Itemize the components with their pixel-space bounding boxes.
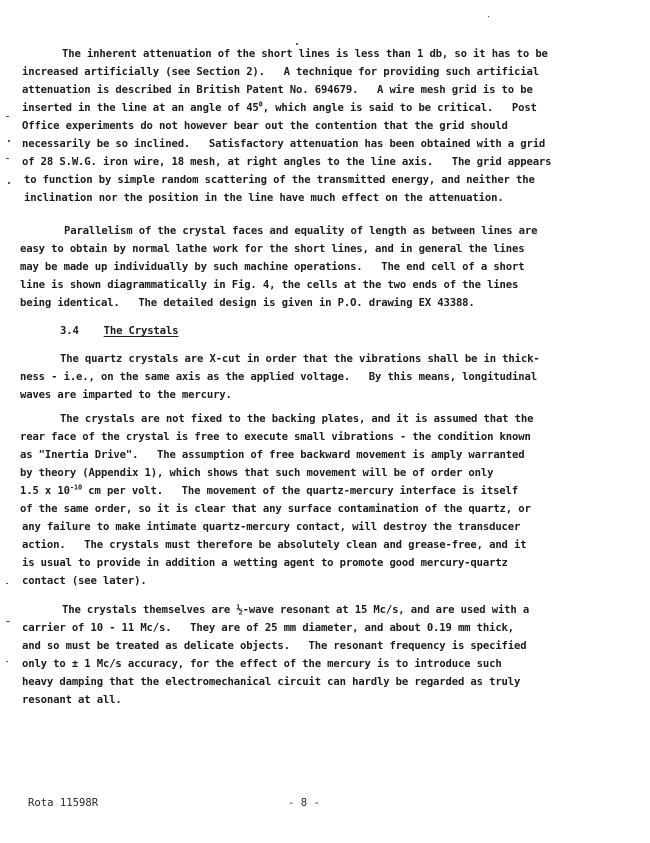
s2-line-7: any failure to make intimate quartz-merc… bbox=[22, 521, 520, 533]
s3-line-2: carrier of 10 - 11 Mc/s. They are of 25 … bbox=[22, 622, 514, 634]
p1-line-7: of 28 S.W.G. iron wire, 18 mesh, at righ… bbox=[22, 156, 551, 168]
p1-line-2: increased artificially (see Section 2). … bbox=[22, 66, 539, 78]
p2-line-4: line is shown diagrammatically in Fig. 4… bbox=[20, 279, 518, 291]
p1-line-5: Office experiments do not however bear o… bbox=[22, 120, 508, 132]
s1-line-2: ness - i.e., on the same axis as the app… bbox=[20, 371, 537, 383]
scan-speck bbox=[8, 140, 10, 142]
s2-line-9: is usual to provide in addition a wettin… bbox=[22, 557, 508, 569]
document-page: The inherent attenuation of the short li… bbox=[0, 0, 650, 843]
s2-line-5-tail: cm per volt. The movement of the quartz-… bbox=[82, 485, 518, 497]
p1-line-1: The inherent attenuation of the short li… bbox=[62, 48, 548, 60]
p1-line-6: necessarily be so inclined. Satisfactory… bbox=[22, 138, 545, 150]
s3-line-3: and so must be treated as delicate objec… bbox=[22, 640, 526, 652]
scan-speck bbox=[488, 16, 489, 17]
p2-line-1: Parallelism of the crystal faces and equ… bbox=[64, 225, 537, 237]
s2-line-1: The crystals are not fixed to the backin… bbox=[60, 413, 533, 425]
s3-line-4: only to ± 1 Mc/s accuracy, for the effec… bbox=[22, 658, 502, 670]
s2-line-4: by theory (Appendix 1), which shows that… bbox=[20, 467, 493, 479]
scan-speck bbox=[6, 583, 8, 584]
s1-line-3: waves are imparted to the mercury. bbox=[20, 389, 232, 401]
scan-speck bbox=[8, 182, 10, 184]
s3-line-6: resonant at all. bbox=[22, 694, 122, 706]
scan-speck bbox=[6, 158, 9, 159]
p1-line-4-text: inserted in the line at an angle of 45 bbox=[22, 102, 259, 114]
p1-line-8: to function by simple random scattering … bbox=[24, 174, 535, 186]
section-number: 3.4 bbox=[60, 325, 79, 337]
p1-line-4: inserted in the line at an angle of 450,… bbox=[22, 102, 537, 114]
s2-line-3: as "Inertia Drive". The assumption of fr… bbox=[20, 449, 524, 461]
s2-line-10: contact (see later). bbox=[22, 575, 147, 587]
p1-line-3: attenuation is described in British Pate… bbox=[22, 84, 533, 96]
scan-speck bbox=[6, 116, 9, 117]
scan-speck bbox=[6, 621, 10, 622]
p1-line-9: inclination nor the position in the line… bbox=[24, 192, 504, 204]
p1-line-4-tail: , which angle is said to be critical. Po… bbox=[263, 102, 537, 114]
p2-line-5: being identical. The detailed design is … bbox=[20, 297, 475, 309]
scan-speck bbox=[6, 661, 8, 662]
document-reference: Rota 11598R bbox=[28, 797, 98, 809]
p2-line-3: may be made up individually by such mach… bbox=[20, 261, 524, 273]
s2-line-5-text: 1.5 x 10 bbox=[20, 485, 70, 497]
exponent-superscript: -10 bbox=[70, 483, 82, 491]
page-number: - 8 - bbox=[288, 797, 320, 809]
s2-line-6: of the same order, so it is clear that a… bbox=[20, 503, 531, 515]
section-title: The Crystals bbox=[104, 325, 179, 337]
section-heading: 3.4 The Crystals bbox=[60, 325, 178, 337]
s2-line-8: action. The crystals must therefore be a… bbox=[22, 539, 526, 551]
s2-line-5: 1.5 x 10-10 cm per volt. The movement of… bbox=[20, 485, 518, 497]
s1-line-1: The quartz crystals are X-cut in order t… bbox=[60, 353, 540, 365]
s3-line-1: The crystals themselves are ½-wave reson… bbox=[62, 604, 529, 616]
p2-line-2: easy to obtain by normal lathe work for … bbox=[20, 243, 524, 255]
s3-line-5: heavy damping that the electromechanical… bbox=[22, 676, 520, 688]
s2-line-2: rear face of the crystal is free to exec… bbox=[20, 431, 531, 443]
scan-speck bbox=[296, 43, 298, 45]
